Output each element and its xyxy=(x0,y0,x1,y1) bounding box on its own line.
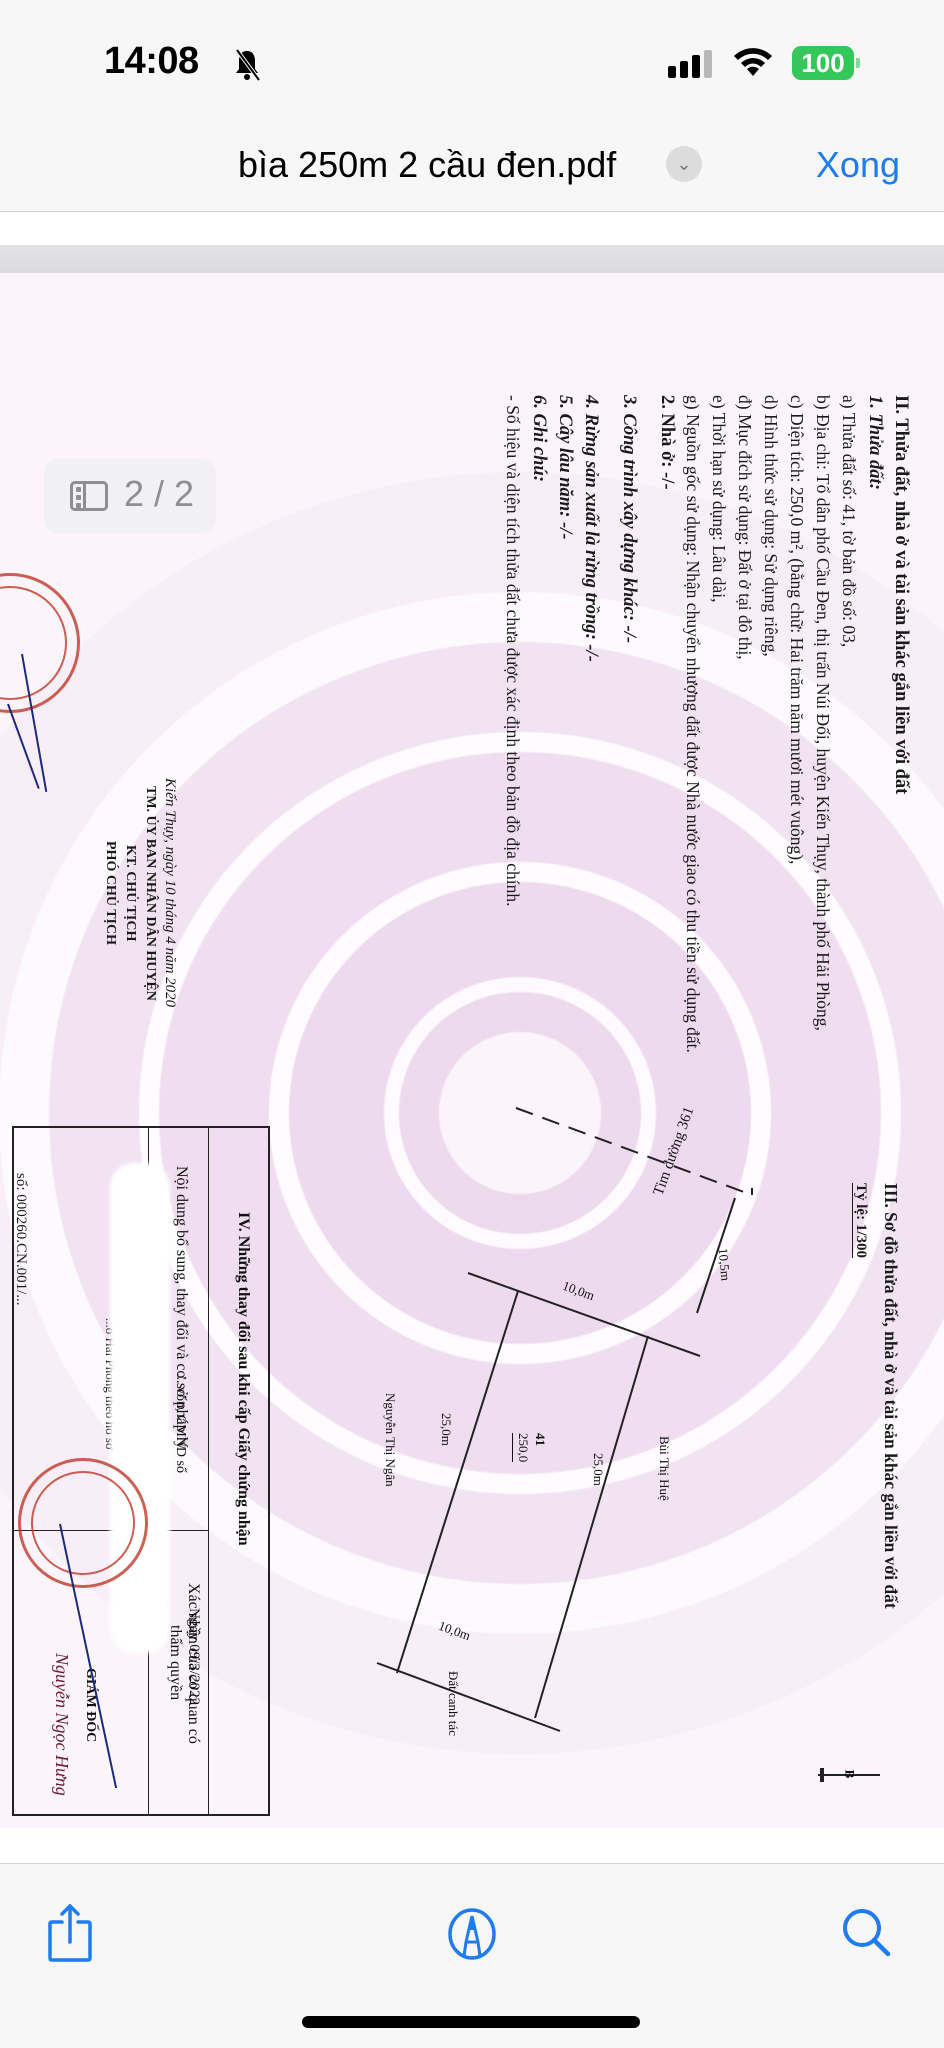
record-number: số: 000260.CN.001/... xyxy=(12,1173,29,1306)
chevron-down-icon[interactable]: ⌄ xyxy=(666,146,702,182)
page-indicator-badge[interactable]: 2 / 2 xyxy=(44,459,216,533)
page-separator xyxy=(0,245,944,273)
section-4-heading: IV. Những thay đổi sau khi cấp Giấy chứn… xyxy=(234,1212,252,1546)
navigation-bar: bìa 250m 2 cầu đen.pdf ⌄ Xong xyxy=(0,120,944,212)
change-entry-fragment-1: ... vốn, CMND số xyxy=(172,1373,188,1473)
share-icon[interactable] xyxy=(40,1902,100,1962)
change-entry-date: Ngày 09/3/2022 xyxy=(185,1608,202,1705)
changes-table-title-row: IV. Những thay đổi sau khi cấp Giấy chứn… xyxy=(208,1128,268,1814)
setback-label: 10,5m xyxy=(715,1247,734,1281)
search-icon[interactable] xyxy=(836,1902,896,1962)
office-seal-stamp xyxy=(18,1458,148,1588)
markup-pen-icon[interactable] xyxy=(442,1902,502,1962)
north-arrow-label: B xyxy=(841,1770,857,1779)
cellular-signal-icon xyxy=(668,50,716,78)
status-bar: 14:08 100 xyxy=(0,0,944,120)
page-indicator: 2 / 2 xyxy=(124,473,194,515)
signer-title: GIÁM ĐỐC xyxy=(82,1668,98,1742)
neighbor-right: Bùi Thị Huệ xyxy=(656,1436,672,1501)
neighbor-left: Nguyễn Thị Ngân xyxy=(382,1393,398,1487)
wifi-icon xyxy=(732,46,774,78)
sidebar-thumbnails-icon xyxy=(70,481,108,511)
clock: 14:08 xyxy=(104,40,199,83)
bottom-toolbar xyxy=(0,1863,944,2048)
battery-indicator: 100 xyxy=(792,46,854,80)
bell-slash-icon xyxy=(232,48,262,82)
parcel-area: 250,0 xyxy=(512,1433,531,1462)
home-indicator[interactable] xyxy=(302,2016,640,2028)
right-length-label: 25,0m xyxy=(590,1453,606,1486)
parcel-number: 41 xyxy=(532,1433,548,1446)
left-length-label: 25,0m xyxy=(438,1413,454,1446)
done-button[interactable]: Xong xyxy=(816,144,900,186)
signer-name: Nguyễn Ngọc Hưng xyxy=(51,1653,72,1796)
neighbor-back: Đất canh tác xyxy=(445,1671,461,1736)
redacted-area xyxy=(110,1163,170,1653)
pdf-viewer[interactable]: II. Thửa đất, nhà ở và tài sản khác gắn … xyxy=(0,213,944,1863)
document-title[interactable]: bìa 250m 2 cầu đen.pdf xyxy=(238,144,616,186)
